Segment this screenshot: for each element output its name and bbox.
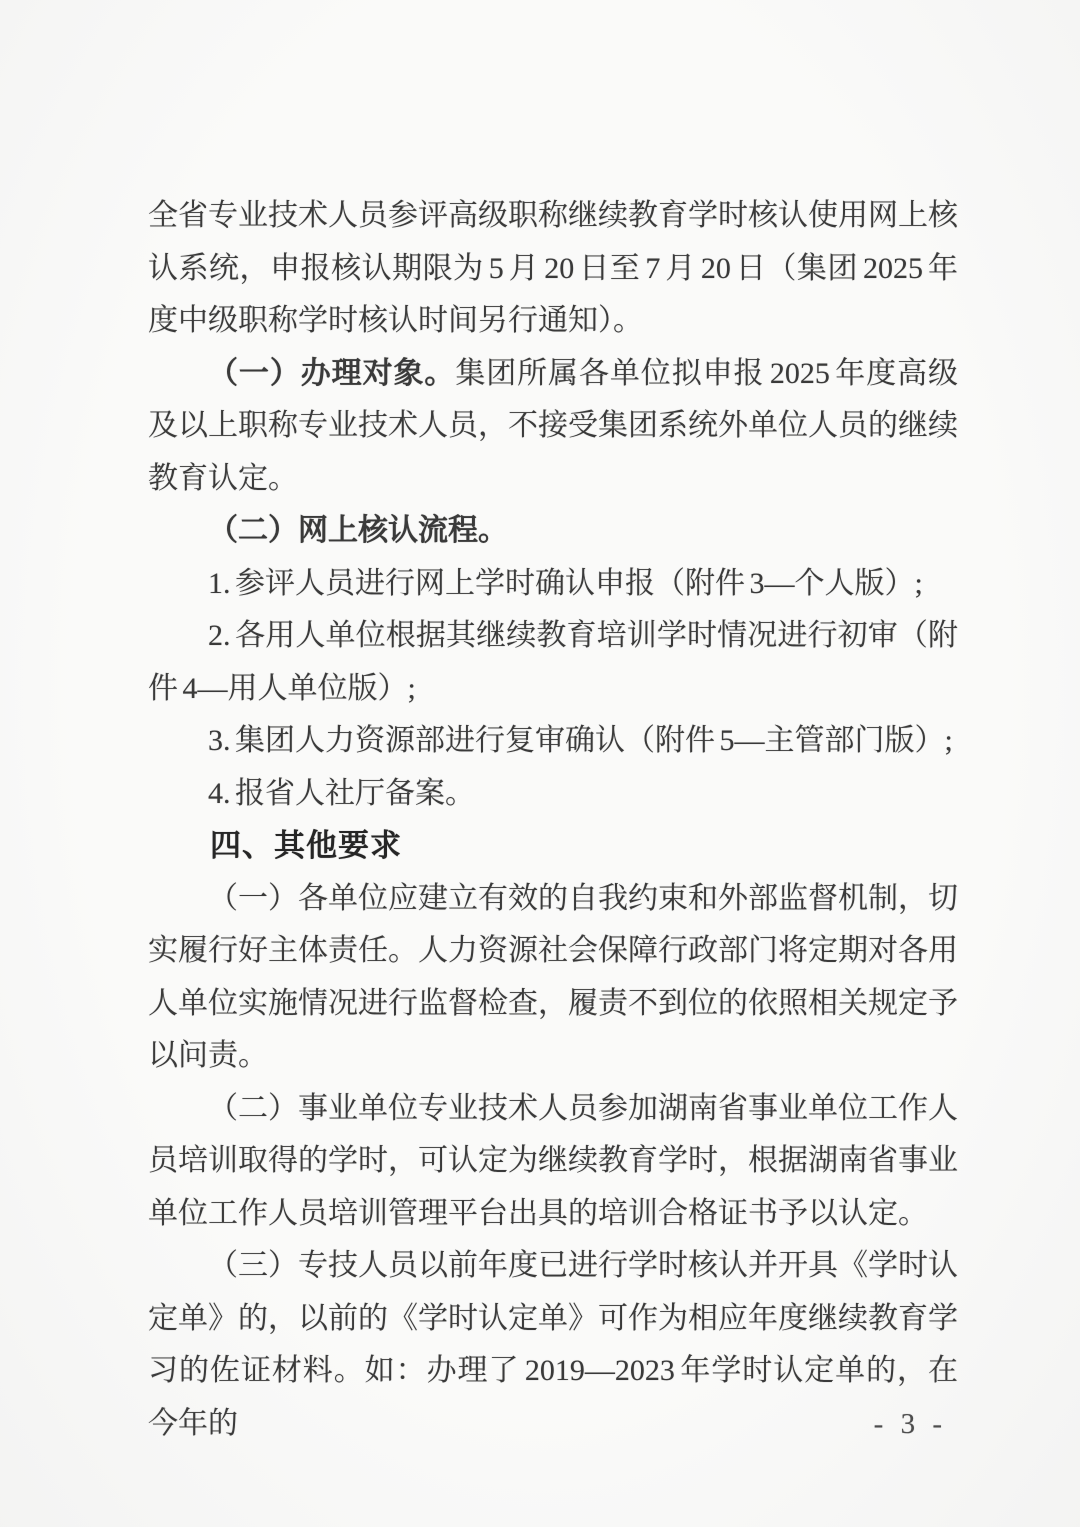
list-item-3: 3. 集团人力资源部进行复审确认（附件 5—主管部门版）; xyxy=(148,715,958,768)
document-body: 全省专业技术人员参评高级职称继续教育学时核认使用网上核认系统，申报核认期限为 5… xyxy=(148,190,958,1450)
section-4-clause-3: （三）专技人员以前年度已进行学时核认并开具《学时认定单》的，以前的《学时认定单》… xyxy=(148,1240,958,1450)
page-number: - 3 - xyxy=(874,1408,947,1441)
list-item-2: 2. 各用人单位根据其继续教育培训学时情况进行初审（附件 4—用人单位版）; xyxy=(148,610,958,715)
list-item-1: 1. 参评人员进行网上学时确认申报（附件 3—个人版）; xyxy=(148,558,958,611)
section-4-heading: 四、其他要求 xyxy=(148,820,958,873)
clause-1-label: （一）办理对象。 xyxy=(208,357,455,390)
list-item-4: 4. 报省人社厅备案。 xyxy=(148,768,958,821)
section-4-clause-1: （一）各单位应建立有效的自我约束和外部监督机制，切实履行好主体责任。人力资源社会… xyxy=(148,873,958,1083)
paragraph-continuation: 全省专业技术人员参评高级职称继续教育学时核认使用网上核认系统，申报核认期限为 5… xyxy=(148,190,958,348)
paragraph-clause-2: （二）网上核认流程。 xyxy=(148,505,958,558)
paragraph-clause-1: （一）办理对象。集团所属各单位拟申报 2025 年度高级及以上职称专业技术人员，… xyxy=(148,348,958,506)
document-page: 全省专业技术人员参评高级职称继续教育学时核认使用网上核认系统，申报核认期限为 5… xyxy=(0,0,1080,1527)
section-4-clause-2: （二）事业单位专业技术人员参加湖南省事业单位工作人员培训取得的学时，可认定为继续… xyxy=(148,1083,958,1241)
clause-2-label: （二）网上核认流程。 xyxy=(208,514,508,547)
